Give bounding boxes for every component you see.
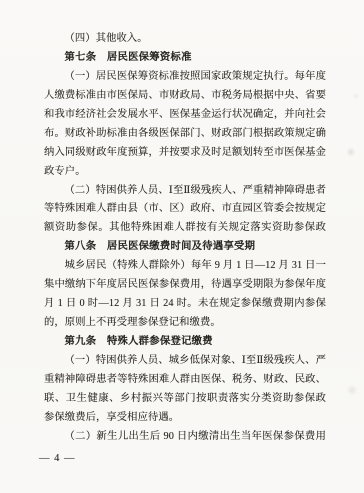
text-line: 纳入同级财政年度预算，并按要求及时足额划转至市医保基金财 xyxy=(44,144,326,163)
article-heading: 第九条 特殊人群参保登记缴费 xyxy=(44,333,326,352)
page-number: — 4 — xyxy=(39,453,76,464)
text-line: 布。财政补助标准由各级医保部门、财政部门根据政策规定确定， xyxy=(44,125,326,144)
document-page: （四）其他收入。 第七条 居民医保筹资标准 （一）居民医保筹资标准按照国家政策规… xyxy=(0,0,364,493)
article-heading: 第七条 居民医保筹资标准 xyxy=(44,49,326,68)
text-line: （一）居民医保筹资标准按照国家政策规定执行。每年度个 xyxy=(44,68,326,87)
document-body: （四）其他收入。 第七条 居民医保筹资标准 （一）居民医保筹资标准按照国家政策规… xyxy=(44,30,326,447)
text-line: 和我市经济社会发展水平、医保基金运行状况确定，并向社会公 xyxy=(44,106,326,125)
text-line: 月 1 日 0 时—12 月 31 日 24 时。未在规定参保缴费期内参保缴费 xyxy=(44,295,326,314)
text-line: 参保缴费后，享受相应待遇。 xyxy=(44,409,326,428)
article-heading: 第八条 居民医保缴费时间及待遇享受期 xyxy=(44,238,326,257)
text-line: 额资助参保。其他特殊困难人群按有关规定落实资助参保政策。 xyxy=(44,219,326,238)
text-line: （二）特困供养人员、Ⅰ至Ⅱ级残疾人、严重精神障碍患者 xyxy=(44,182,326,201)
text-line: （四）其他收入。 xyxy=(44,30,326,49)
text-line: 人缴费标准由市医保局、市财政局、市税务局根据中央、省要求 xyxy=(44,87,326,106)
text-line: 集中缴纳下年度居民医保参保费用，待遇享受期限为参保年度 1 xyxy=(44,276,326,295)
text-line: 重精神障碍患者等特殊困难人群由医保、税务、财政、民政、残 xyxy=(44,371,326,390)
text-line: 的，原则上不再受理参保登记和缴费。 xyxy=(44,314,326,333)
text-line: 城乡居民（特殊人群除外）每年 9 月 1 日—12 月 31 日一次性 xyxy=(44,257,326,276)
text-line: （一）特困供养人员、城乡低保对象、Ⅰ至Ⅱ级残疾人、严 xyxy=(44,352,326,371)
text-line: 等特殊困难人群由县（市、区）政府、市直园区管委会按规定全 xyxy=(44,200,326,219)
text-line: 联、卫生健康、乡村振兴等部门按职责落实分类资助参保政策， xyxy=(44,390,326,409)
text-line: 政专户。 xyxy=(44,163,326,182)
text-line: （二）新生儿出生后 90 日内缴清出生当年医保参保费用的， xyxy=(44,428,326,447)
